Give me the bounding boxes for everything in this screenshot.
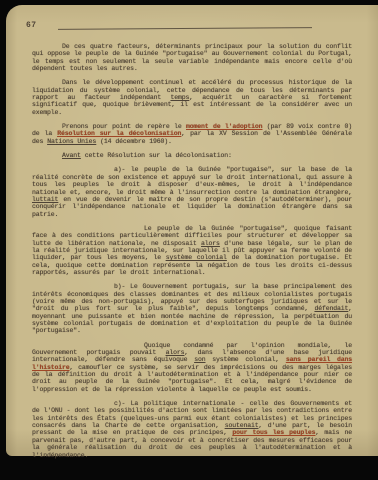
- paragraph: Prenons pour point de repère le moment d…: [32, 123, 352, 145]
- document-body: De ces quatre facteurs, déterminants pri…: [32, 43, 352, 459]
- emphasized-text: Résolution sur la décolonisation: [57, 130, 181, 137]
- paragraph: b)- Le Gouvernement portugais, sur la ba…: [32, 283, 352, 334]
- emphasized-text: Nations Unies: [47, 138, 96, 145]
- paragraph: a)- le peuple de la Guinée "portugaise",…: [32, 166, 352, 217]
- page-number: 67: [26, 21, 37, 30]
- paragraph: De ces quatre facteurs, déterminants pri…: [32, 43, 352, 72]
- emphasized-text: défendait: [314, 305, 348, 312]
- text-run: De ces quatre facteurs, déterminants pri…: [32, 43, 352, 72]
- header-rule: [58, 27, 312, 30]
- emphasized-text: luttait: [32, 196, 58, 203]
- emphasized-text: pour tous les peuples: [232, 429, 315, 436]
- text-run: système colonial,: [205, 356, 285, 363]
- emphasized-text: alors: [201, 240, 220, 247]
- emphasized-text: alors: [166, 349, 185, 356]
- paragraph: Dans le développement continuel et accél…: [32, 79, 352, 116]
- paragraph: Le peuple de la Guinée "portugaise", quo…: [32, 225, 352, 276]
- text-run: , camoufler ce système, se servir des im…: [32, 364, 352, 393]
- emphasized-text: son: [194, 356, 205, 363]
- paragraph: Quoique condamné par l'opinion mondiale,…: [32, 342, 352, 393]
- text-run: (14 décembre 1960).: [96, 138, 172, 145]
- text-run: en vue de devenir le maître de son propr…: [32, 196, 352, 218]
- text-run: cette Résolution sur la décolonisation:: [81, 152, 232, 159]
- document-page: 67 De ces quatre facteurs, déterminants …: [6, 5, 378, 456]
- text-run: a)- le peuple de la Guinée "portugaise",…: [32, 166, 352, 195]
- text-run: b)- Le Gouvernement portugais, sur la ba…: [32, 283, 352, 312]
- emphasized-text: temps: [170, 94, 189, 101]
- page-header: 67: [32, 17, 352, 33]
- paragraph: c)- La politique internationale - celle …: [32, 400, 352, 459]
- paragraph: Avant cette Résolution sur la décolonisa…: [32, 152, 352, 159]
- emphasized-text: Avant: [62, 152, 81, 159]
- emphasized-text: système colonial: [166, 254, 227, 261]
